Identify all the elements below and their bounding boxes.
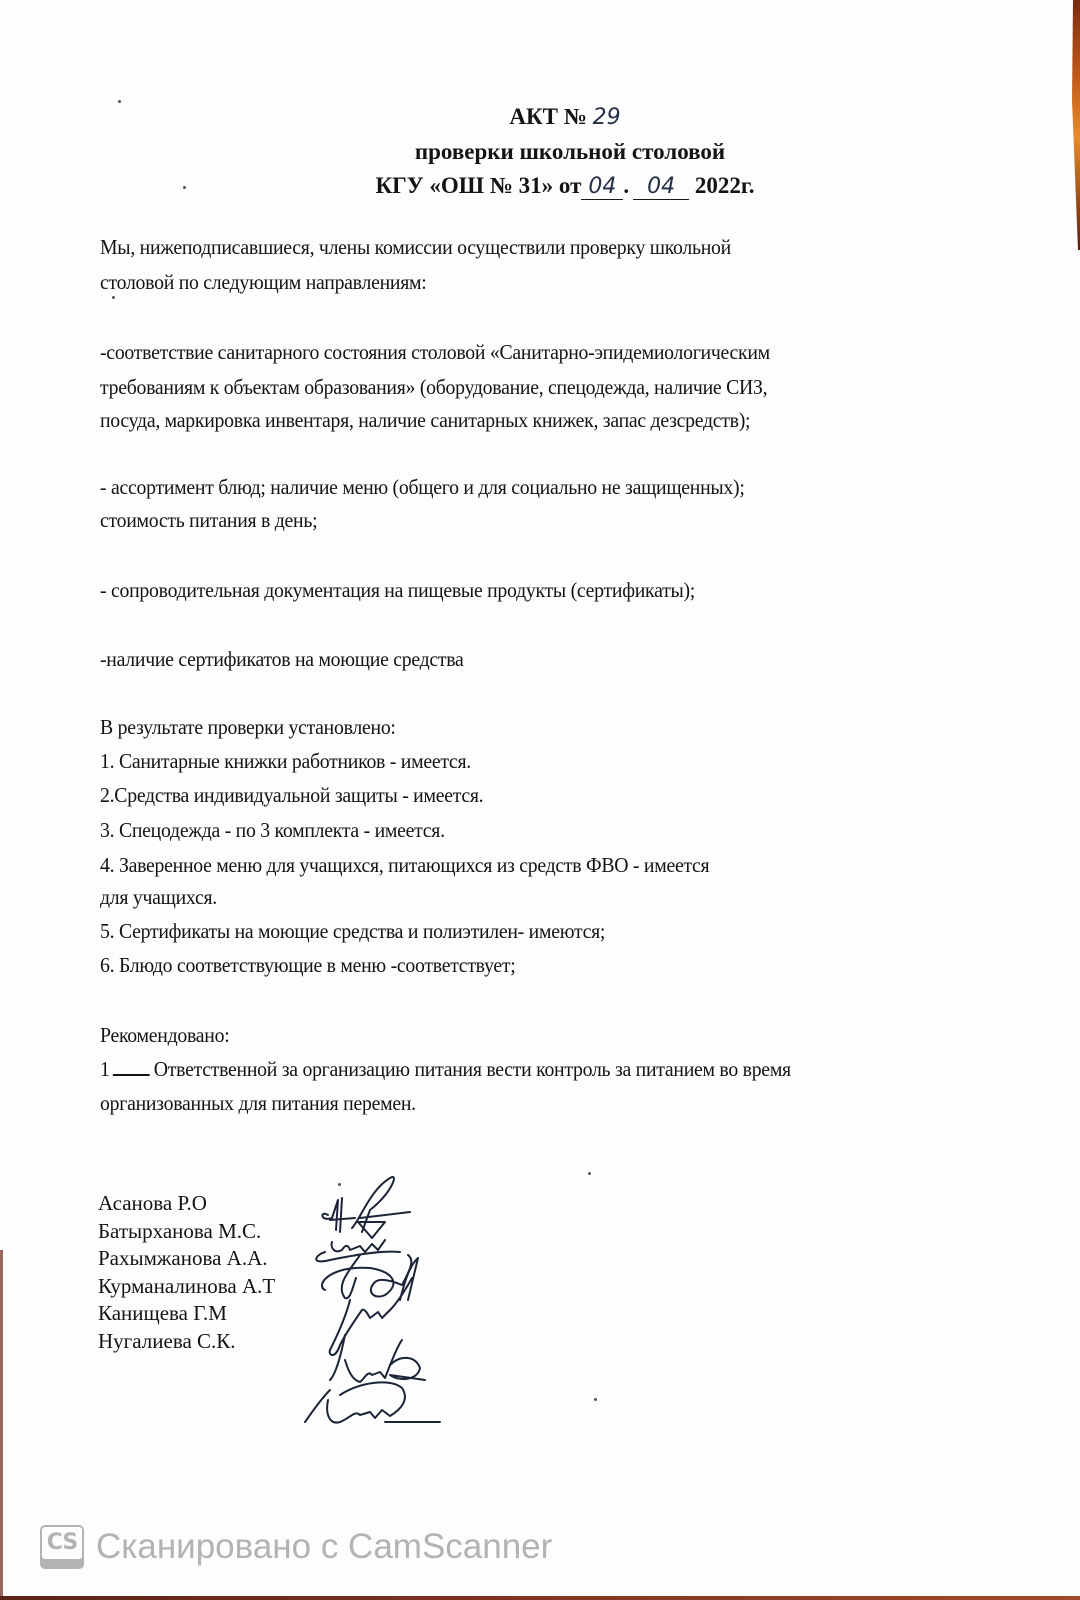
results-heading: В результате проверки установлено: <box>100 710 396 744</box>
signatory-name: Нугалиева С.К. <box>98 1328 275 1356</box>
result-item: 1. Санитарные книжки работников - имеетс… <box>100 744 471 778</box>
act-title: АКТ № 29 <box>0 100 1080 135</box>
blank-underline <box>113 1074 150 1076</box>
watermark-text: Сканировано с CamScanner <box>96 1527 552 1567</box>
handwritten-date-day: 04 <box>581 175 623 200</box>
handwritten-date-month: 04 <box>633 175 689 200</box>
scan-speck <box>594 1398 597 1401</box>
signatory-name: Курманалинова А.Т <box>98 1273 275 1301</box>
result-item: 5. Сертификаты на моющие средства и поли… <box>100 914 605 948</box>
intro-line-2: столовой по следующим направлениям: <box>100 265 426 299</box>
scan-speck <box>588 1172 591 1175</box>
direction-1-line-3: посуда, маркировка инвентаря, наличие са… <box>100 403 750 437</box>
intro-line-1: Мы, нижеподписавшиеся, члены комиссии ос… <box>100 230 731 264</box>
camscanner-watermark: CS Сканировано с CamScanner <box>40 1525 552 1569</box>
result-item: 4. Заверенное меню для учащихся, питающи… <box>100 848 709 882</box>
handwritten-signatures <box>290 1160 450 1430</box>
direction-3-line-1: - сопроводительная документация на пищев… <box>100 573 695 607</box>
result-item: 2.Средства индивидуальной защиты - имеет… <box>100 778 483 812</box>
direction-4-line-1: -наличие сертификатов на моющие средства <box>100 642 464 676</box>
direction-1-line-1: -соответствие санитарного состояния стол… <box>100 335 770 369</box>
recommendation-item-line-1: 1Ответственной за организацию питания ве… <box>100 1052 791 1086</box>
signatories-list: Асанова Р.О Батырханова М.С. Рахымжанова… <box>98 1190 275 1355</box>
signatory-name: Рахымжанова А.А. <box>98 1245 275 1273</box>
camscanner-logo-icon: CS <box>40 1525 84 1569</box>
result-item-continuation: для учащихся. <box>100 880 217 914</box>
direction-2-line-2: стоимость питания в день; <box>100 503 317 537</box>
result-item: 3. Спецодежда - по 3 комплекта - имеется… <box>100 813 445 847</box>
act-org-date: КГУ «ОШ № 31» от04.04 2022г. <box>0 169 1080 203</box>
signatory-name: Канищева Г.М <box>98 1300 275 1328</box>
direction-1-line-2: требованиям к объектам образования» (обо… <box>100 370 767 404</box>
signatory-name: Асанова Р.О <box>98 1190 275 1218</box>
page-edge-left <box>0 1250 3 1600</box>
result-item: 6. Блюдо соответствующие в меню -соответ… <box>100 948 516 982</box>
direction-2-line-1: - ассортимент блюд; наличие меню (общего… <box>100 470 745 504</box>
signatory-name: Батырханова М.С. <box>98 1218 275 1246</box>
recommendation-item-line-2: организованных для питания перемен. <box>100 1086 416 1120</box>
handwritten-act-number: 29 <box>593 105 621 130</box>
recommendations-heading: Рекомендовано: <box>100 1018 229 1052</box>
page-edge-bottom <box>0 1596 1080 1600</box>
act-subtitle: проверки школьной столовой <box>0 135 1080 169</box>
document-title-block: АКТ № 29 проверки школьной столовой КГУ … <box>0 100 1080 203</box>
